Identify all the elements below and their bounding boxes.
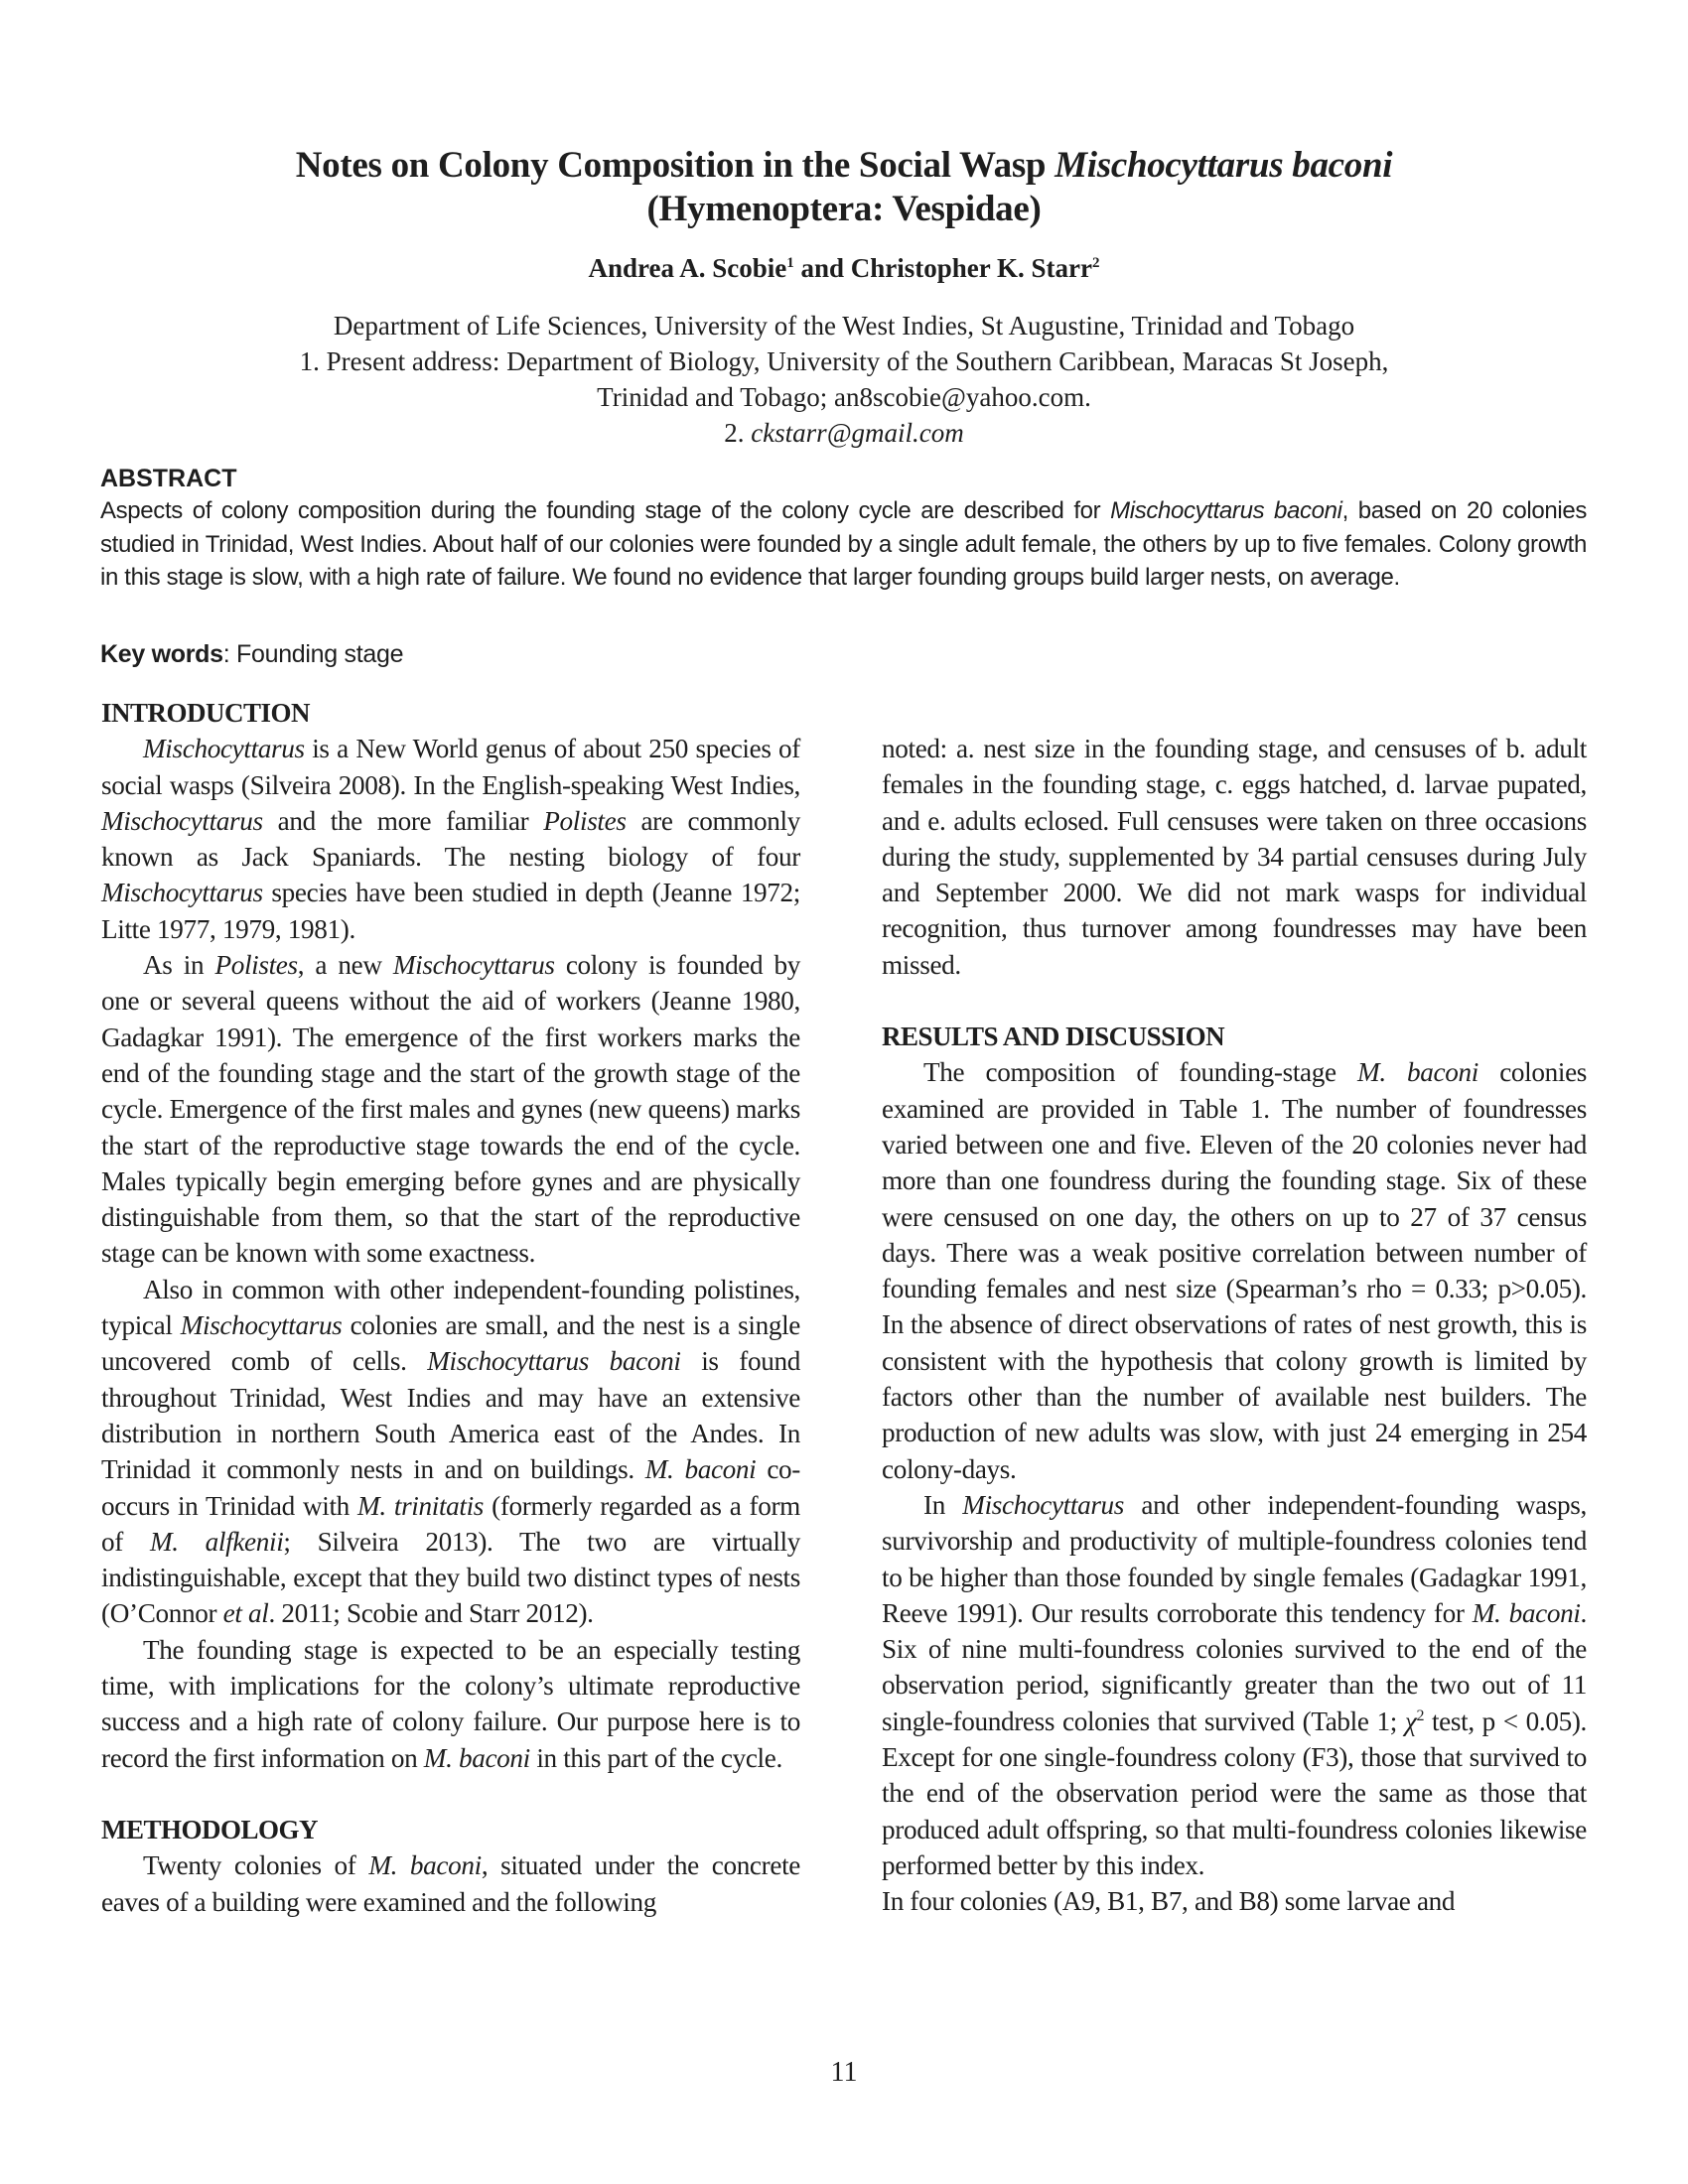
title-species-name: Mischocyttarus baconi	[1055, 145, 1392, 186]
author-2: Christopher K. Starr	[851, 253, 1092, 283]
author-2-email: ckstarr@gmail.com	[751, 418, 964, 448]
affiliations: Department of Life Sciences, University …	[0, 308, 1688, 451]
page-number: 11	[0, 2057, 1688, 2089]
affiliation-line: 2. ckstarr@gmail.com	[0, 415, 1688, 451]
paragraph: Mischocyttarus is a New World genus of a…	[101, 731, 800, 947]
results-heading: RESULTS AND DISCUSSION	[882, 1019, 1587, 1054]
affiliation-line: Trinidad and Tobago; an8scobie@yahoo.com…	[0, 379, 1688, 415]
abstract-species-name: Mischocyttarus baconi	[1110, 497, 1342, 524]
author-1-affiliation-mark: 1	[786, 255, 794, 271]
abstract-heading: ABSTRACT	[100, 465, 237, 493]
methodology-heading: METHODOLOGY	[101, 1812, 800, 1847]
author-2-affiliation-mark: 2	[1092, 255, 1100, 271]
paragraph: In Mischocyttarus and other independent-…	[882, 1487, 1587, 1883]
keywords: Key words: Founding stage	[100, 640, 403, 669]
author-line: Andrea A. Scobie1 and Christopher K. Sta…	[0, 253, 1688, 284]
left-column: INTRODUCTION Mischocyttarus is a New Wor…	[101, 695, 800, 1920]
paragraph: The founding stage is expected to be an …	[101, 1632, 800, 1776]
paragraph: The composition of founding-stage M. bac…	[882, 1054, 1587, 1487]
title-text: Notes on Colony Composition in the Socia…	[296, 145, 1055, 186]
paragraph: Also in common with other independent-fo…	[101, 1272, 800, 1632]
paragraph: In four colonies (A9, B1, B7, and B8) so…	[882, 1883, 1587, 1919]
affiliation-line: Department of Life Sciences, University …	[0, 308, 1688, 343]
title-line-1: Notes on Colony Composition in the Socia…	[0, 144, 1688, 188]
keywords-label: Key words	[100, 640, 223, 668]
right-column: noted: a. nest size in the founding stag…	[882, 731, 1587, 1920]
title-line-2: (Hymenoptera: Vespidae)	[0, 188, 1688, 231]
paragraph: As in Polistes, a new Mischocyttarus col…	[101, 947, 800, 1272]
paper-title: Notes on Colony Composition in the Socia…	[0, 144, 1688, 231]
abstract-text: Aspects of colony composition during the…	[100, 497, 1110, 524]
affiliation-line: 1. Present address: Department of Biolog…	[0, 343, 1688, 379]
section-spacer	[101, 1776, 800, 1812]
author-connector: and	[794, 253, 851, 283]
section-spacer	[882, 983, 1587, 1019]
paragraph: Twenty colonies of M. baconi, situated u…	[101, 1847, 800, 1920]
introduction-heading: INTRODUCTION	[101, 695, 800, 731]
abstract-body: Aspects of colony composition during the…	[100, 494, 1587, 595]
author-1: Andrea A. Scobie	[588, 253, 786, 283]
paragraph-continued: noted: a. nest size in the founding stag…	[882, 731, 1587, 983]
affiliation-number: 2.	[724, 418, 751, 448]
keywords-value: : Founding stage	[223, 640, 403, 668]
